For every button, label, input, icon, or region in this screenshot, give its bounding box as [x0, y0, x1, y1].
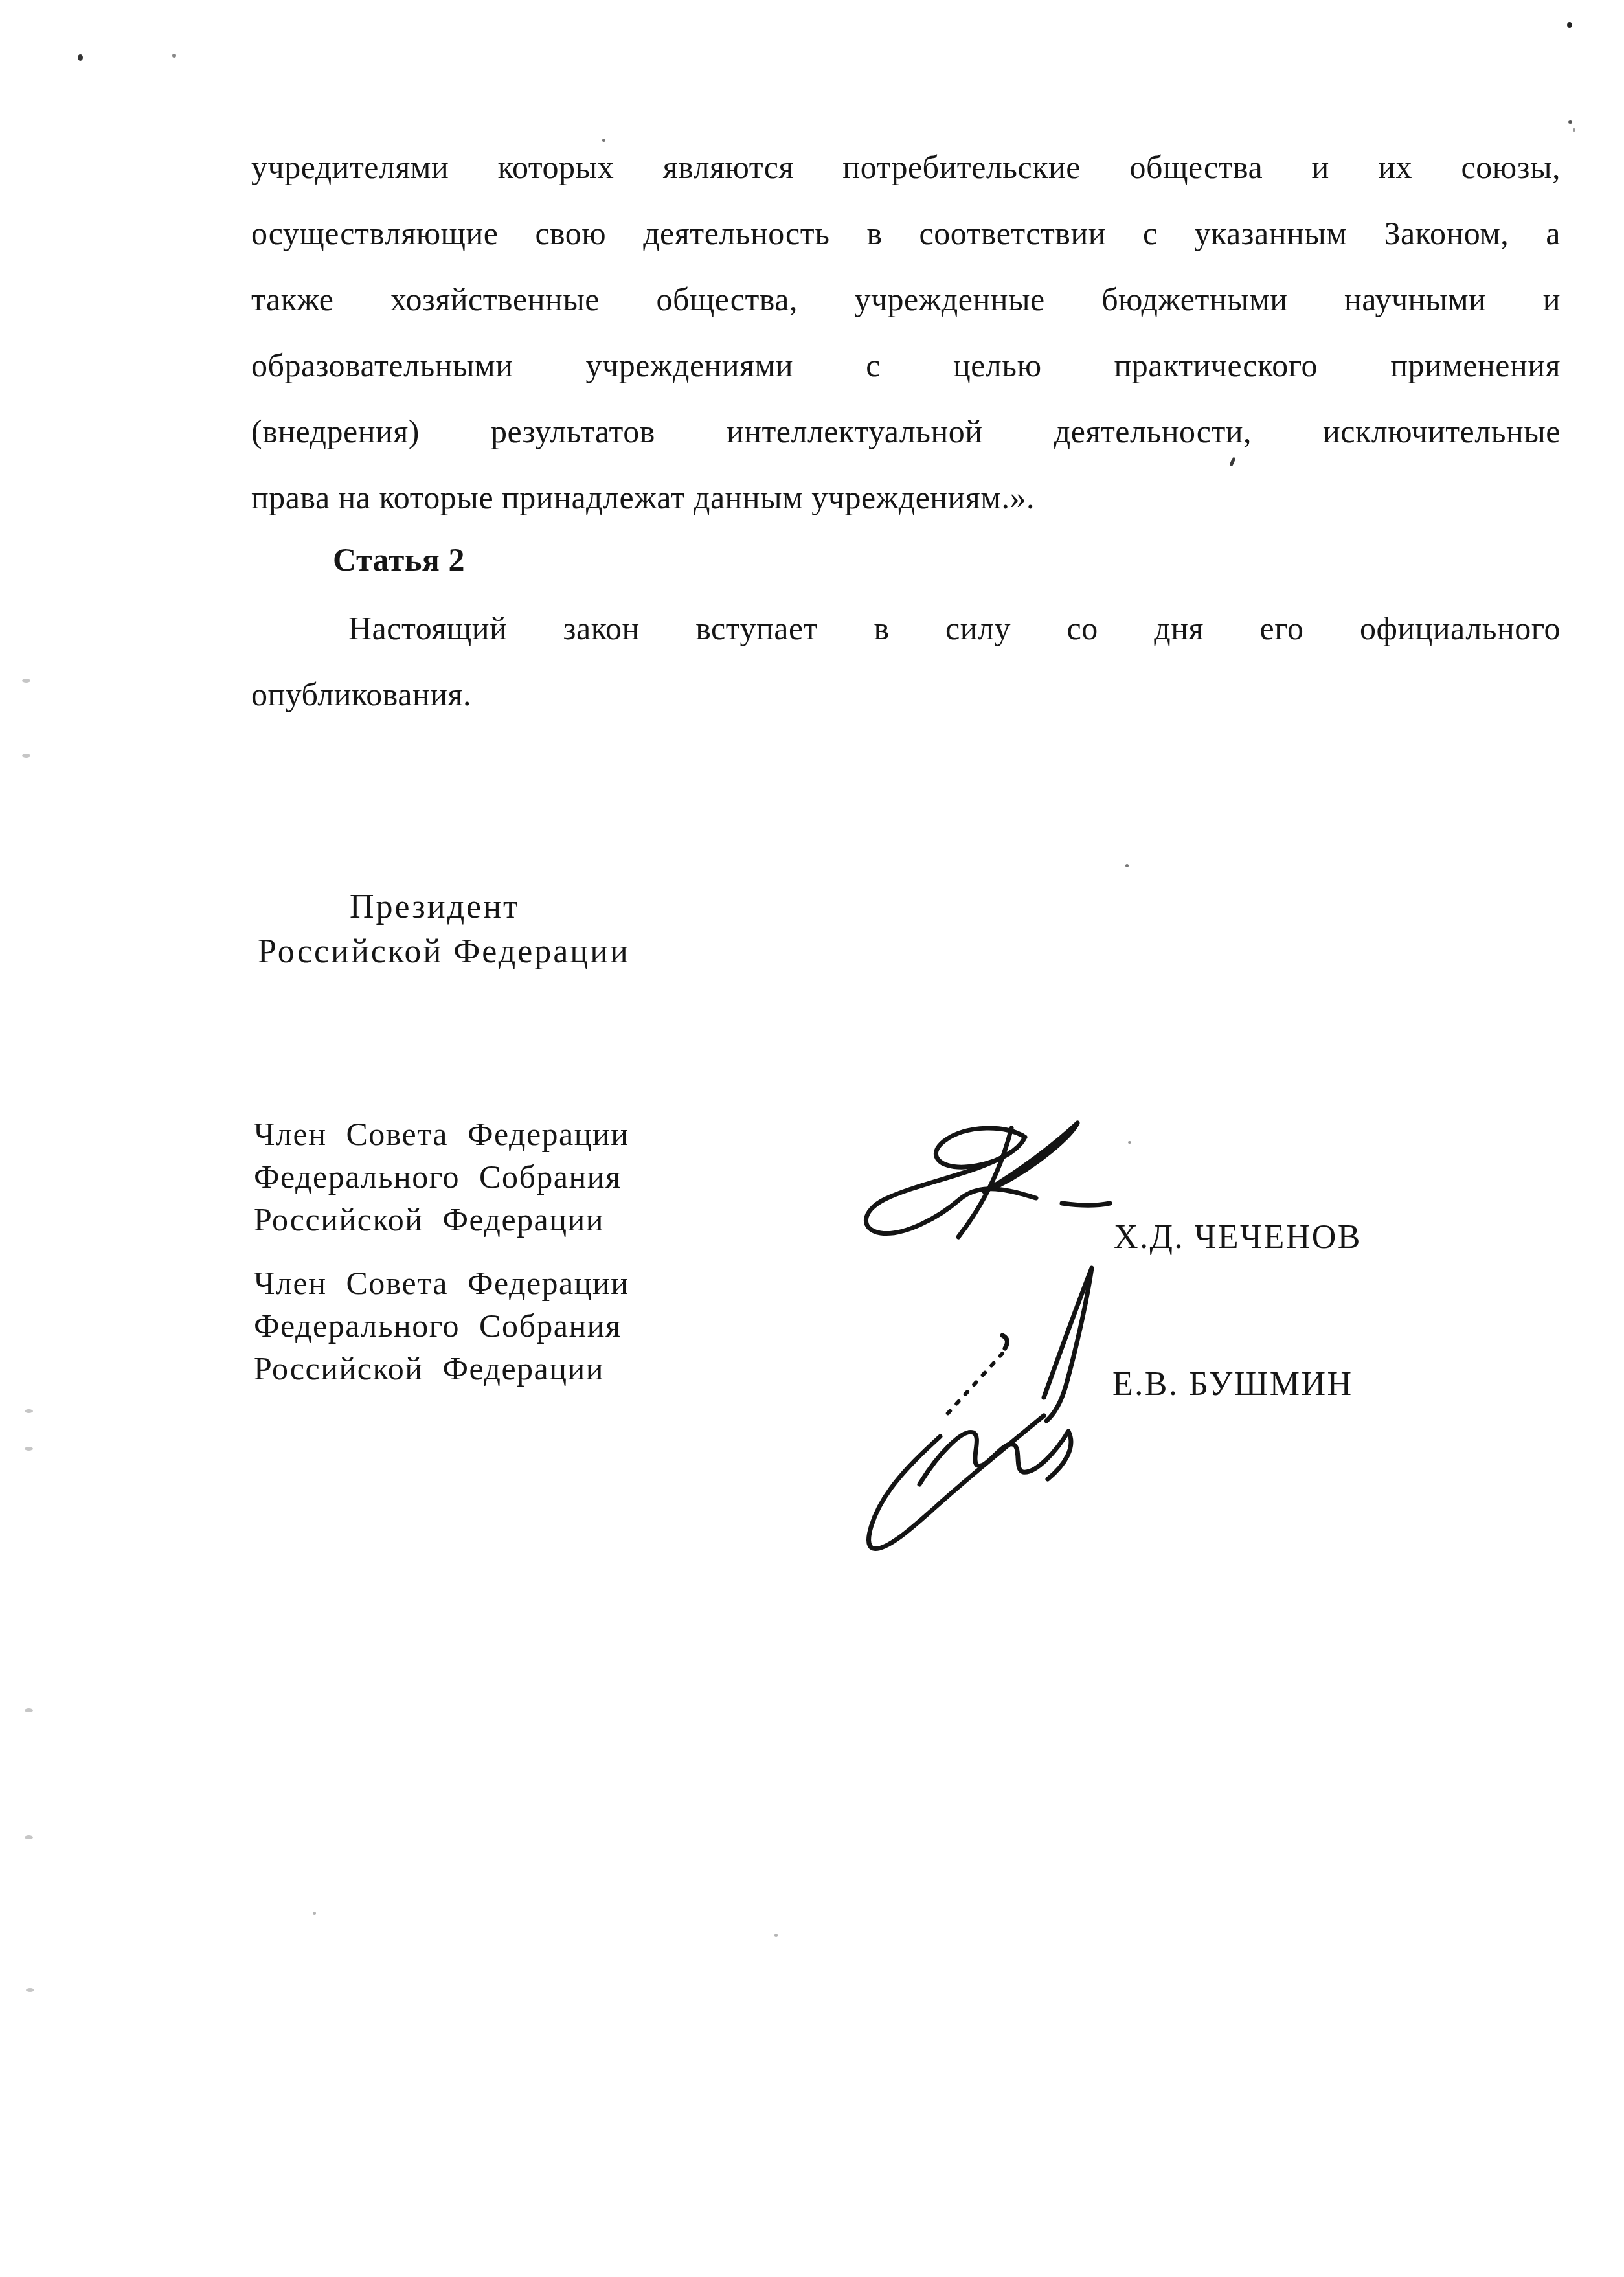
signature-2-sweep-loop	[869, 1416, 1044, 1549]
scan-comma-mark	[1229, 457, 1235, 467]
scan-speck	[22, 754, 30, 758]
scan-speck	[22, 679, 30, 683]
scan-speck	[1125, 864, 1129, 867]
signature-2-zigzag	[919, 1431, 1071, 1484]
signature-1-left-loop-tail	[866, 1153, 1110, 1234]
scan-speck	[774, 1934, 778, 1937]
signatory-2-label: Член Совета Федерации Федерального Собра…	[254, 1262, 629, 1390]
signatory-1-label-line-1: Член Совета Федерации	[254, 1113, 629, 1155]
body-line-6: права на которые принадлежат данным учре…	[251, 479, 1561, 515]
signature-2-top-loop	[1044, 1268, 1092, 1421]
scan-speck	[1573, 128, 1575, 132]
scan-speck	[172, 54, 176, 58]
signature-1-right-leaf	[984, 1123, 1077, 1192]
signature-2-dotted-stroke	[942, 1354, 1002, 1420]
signatory-2-label-line-3: Российской Федерации	[254, 1347, 629, 1390]
body-line-4: образовательными учреждениями с целью пр…	[251, 347, 1561, 383]
article-2-heading: Статья 2	[333, 541, 465, 578]
article-2-line-2: опубликования.	[251, 676, 471, 712]
scan-speck	[602, 139, 605, 142]
signatory-1-label-line-2: Федерального Собрания	[254, 1155, 629, 1198]
scan-speck	[25, 1447, 33, 1451]
signature-1-stem	[958, 1128, 1011, 1237]
signature-1-top-oval	[936, 1128, 1025, 1167]
scan-speck	[26, 1988, 34, 1992]
body-line-1: учредителями которых являются потребител…	[251, 149, 1561, 185]
scan-speck	[25, 1708, 33, 1712]
signatory-2-name: Е.В. БУШМИН	[1112, 1366, 1353, 1403]
signatory-2-label-line-2: Федерального Собрания	[254, 1304, 629, 1347]
body-line-2: осуществляющие свою деятельность в соотв…	[251, 215, 1561, 251]
article-2-line-1: Настоящий закон вступает в силу со дня е…	[251, 610, 1561, 646]
signatory-2-label-line-1: Член Совета Федерации	[254, 1262, 629, 1304]
signatory-1-name: Х.Д. ЧЕЧЕНОВ	[1114, 1219, 1362, 1256]
signature-2-top-tick	[1002, 1335, 1007, 1348]
scan-speck	[1568, 120, 1572, 124]
signature-chechenov	[0, 0, 1624, 2277]
scan-speck	[25, 1409, 33, 1413]
body-line-5: (внедрения) результатов интеллектуальной…	[251, 413, 1561, 449]
president-title-line-1: Президент	[350, 889, 520, 926]
president-title-line-2: Российской Федерации	[258, 933, 630, 971]
scan-speck	[1567, 22, 1572, 28]
scanned-document-page: учредителями которых являются потребител…	[0, 0, 1624, 2277]
scan-speck	[25, 1835, 33, 1839]
signatory-1-label: Член Совета Федерации Федерального Собра…	[254, 1113, 629, 1241]
scan-speck	[1128, 1141, 1131, 1144]
scan-speck	[78, 54, 83, 61]
signatory-1-label-line-3: Российской Федерации	[254, 1198, 629, 1241]
scan-speck	[313, 1912, 316, 1915]
body-line-3: также хозяйственные общества, учрежденны…	[251, 281, 1561, 317]
